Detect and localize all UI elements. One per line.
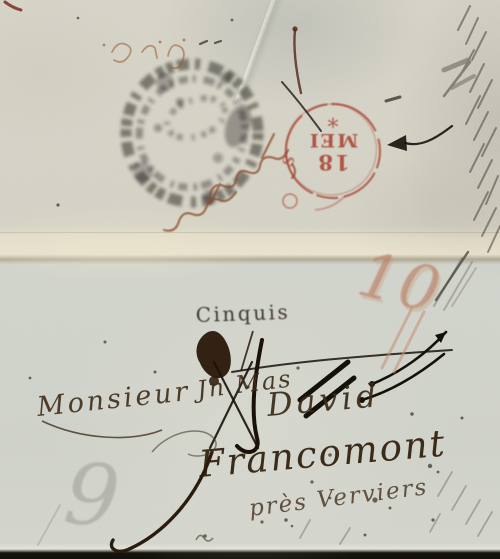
ink-layer: 18 MEI * S (0, 0, 500, 559)
red-cds-day: 18 (316, 150, 349, 175)
red-cds-star: * (328, 105, 339, 130)
rate-mark-pencil: 9 (60, 444, 124, 548)
svg-text:Cinquis: Cinquis (195, 300, 290, 327)
red-cds-month: MEI (308, 129, 358, 151)
letter-cover-scan: 18 MEI * S (0, 0, 500, 559)
cinquis-handstamp: Cinquis (195, 300, 290, 327)
